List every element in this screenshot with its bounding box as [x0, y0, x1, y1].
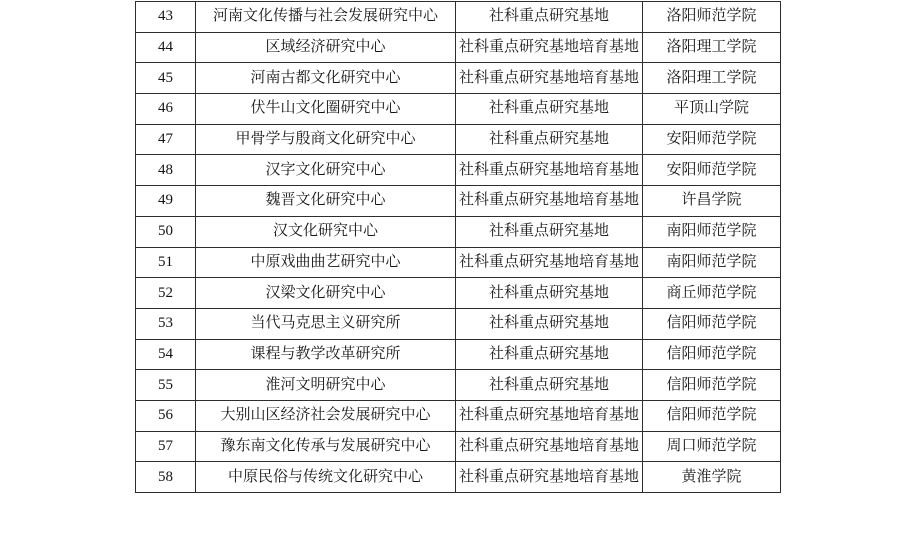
center-name-cell: 魏晋文化研究中心: [196, 186, 456, 217]
base-type-cell: 社科重点研究基地培育基地: [456, 400, 643, 431]
institution-cell: 平顶山学院: [643, 94, 781, 125]
row-number-cell: 53: [136, 308, 196, 339]
center-name-cell: 汉梁文化研究中心: [196, 278, 456, 309]
institution-cell: 信阳师范学院: [643, 370, 781, 401]
base-type-cell: 社科重点研究基地: [456, 216, 643, 247]
institution-cell: 许昌学院: [643, 186, 781, 217]
base-type-cell: 社科重点研究基地: [456, 2, 643, 33]
row-number-cell: 47: [136, 124, 196, 155]
row-number-cell: 46: [136, 94, 196, 125]
base-type-cell: 社科重点研究基地: [456, 278, 643, 309]
table-row: 47甲骨学与殷商文化研究中心社科重点研究基地安阳师范学院: [136, 124, 781, 155]
table-row: 50汉文化研究中心社科重点研究基地南阳师范学院: [136, 216, 781, 247]
center-name-cell: 中原戏曲曲艺研究中心: [196, 247, 456, 278]
base-type-cell: 社科重点研究基地: [456, 339, 643, 370]
row-number-cell: 52: [136, 278, 196, 309]
center-name-cell: 伏牛山文化圈研究中心: [196, 94, 456, 125]
institution-cell: 洛阳师范学院: [643, 2, 781, 33]
table-row: 58中原民俗与传统文化研究中心社科重点研究基地培育基地黄淮学院: [136, 462, 781, 493]
base-type-cell: 社科重点研究基地培育基地: [456, 431, 643, 462]
center-name-cell: 河南古都文化研究中心: [196, 63, 456, 94]
table-row: 56大别山区经济社会发展研究中心社科重点研究基地培育基地信阳师范学院: [136, 400, 781, 431]
base-type-cell: 社科重点研究基地培育基地: [456, 462, 643, 493]
row-number-cell: 56: [136, 400, 196, 431]
base-type-cell: 社科重点研究基地: [456, 370, 643, 401]
base-type-cell: 社科重点研究基地培育基地: [456, 247, 643, 278]
institution-cell: 周口师范学院: [643, 431, 781, 462]
table-row: 48汉字文化研究中心社科重点研究基地培育基地安阳师范学院: [136, 155, 781, 186]
institution-cell: 洛阳理工学院: [643, 32, 781, 63]
table-row: 49魏晋文化研究中心社科重点研究基地培育基地许昌学院: [136, 186, 781, 217]
center-name-cell: 汉文化研究中心: [196, 216, 456, 247]
table-row: 46伏牛山文化圈研究中心社科重点研究基地平顶山学院: [136, 94, 781, 125]
center-name-cell: 河南文化传播与社会发展研究中心: [196, 2, 456, 33]
row-number-cell: 55: [136, 370, 196, 401]
institution-cell: 安阳师范学院: [643, 155, 781, 186]
center-name-cell: 当代马克思主义研究所: [196, 308, 456, 339]
institution-cell: 南阳师范学院: [643, 216, 781, 247]
table-row: 55淮河文明研究中心社科重点研究基地信阳师范学院: [136, 370, 781, 401]
table-row: 54课程与教学改革研究所社科重点研究基地信阳师范学院: [136, 339, 781, 370]
institution-cell: 信阳师范学院: [643, 339, 781, 370]
row-number-cell: 58: [136, 462, 196, 493]
institution-cell: 信阳师范学院: [643, 308, 781, 339]
table-row: 44区域经济研究中心社科重点研究基地培育基地洛阳理工学院: [136, 32, 781, 63]
center-name-cell: 汉字文化研究中心: [196, 155, 456, 186]
row-number-cell: 57: [136, 431, 196, 462]
institution-cell: 信阳师范学院: [643, 400, 781, 431]
center-name-cell: 课程与教学改革研究所: [196, 339, 456, 370]
base-type-cell: 社科重点研究基地培育基地: [456, 186, 643, 217]
row-number-cell: 44: [136, 32, 196, 63]
center-name-cell: 甲骨学与殷商文化研究中心: [196, 124, 456, 155]
row-number-cell: 45: [136, 63, 196, 94]
research-bases-table: 43河南文化传播与社会发展研究中心社科重点研究基地洛阳师范学院44区域经济研究中…: [135, 1, 781, 493]
table-row: 52汉梁文化研究中心社科重点研究基地商丘师范学院: [136, 278, 781, 309]
row-number-cell: 43: [136, 2, 196, 33]
center-name-cell: 大别山区经济社会发展研究中心: [196, 400, 456, 431]
row-number-cell: 49: [136, 186, 196, 217]
institution-cell: 黄淮学院: [643, 462, 781, 493]
institution-cell: 南阳师范学院: [643, 247, 781, 278]
base-type-cell: 社科重点研究基地: [456, 124, 643, 155]
base-type-cell: 社科重点研究基地培育基地: [456, 32, 643, 63]
row-number-cell: 54: [136, 339, 196, 370]
base-type-cell: 社科重点研究基地: [456, 308, 643, 339]
row-number-cell: 48: [136, 155, 196, 186]
center-name-cell: 中原民俗与传统文化研究中心: [196, 462, 456, 493]
base-type-cell: 社科重点研究基地: [456, 94, 643, 125]
center-name-cell: 淮河文明研究中心: [196, 370, 456, 401]
row-number-cell: 50: [136, 216, 196, 247]
base-type-cell: 社科重点研究基地培育基地: [456, 155, 643, 186]
institution-cell: 商丘师范学院: [643, 278, 781, 309]
base-type-cell: 社科重点研究基地培育基地: [456, 63, 643, 94]
center-name-cell: 区域经济研究中心: [196, 32, 456, 63]
center-name-cell: 豫东南文化传承与发展研究中心: [196, 431, 456, 462]
table-row: 45河南古都文化研究中心社科重点研究基地培育基地洛阳理工学院: [136, 63, 781, 94]
research-table-body: 43河南文化传播与社会发展研究中心社科重点研究基地洛阳师范学院44区域经济研究中…: [136, 2, 781, 493]
row-number-cell: 51: [136, 247, 196, 278]
table-row: 51中原戏曲曲艺研究中心社科重点研究基地培育基地南阳师范学院: [136, 247, 781, 278]
table-row: 57豫东南文化传承与发展研究中心社科重点研究基地培育基地周口师范学院: [136, 431, 781, 462]
table-row: 43河南文化传播与社会发展研究中心社科重点研究基地洛阳师范学院: [136, 2, 781, 33]
institution-cell: 安阳师范学院: [643, 124, 781, 155]
institution-cell: 洛阳理工学院: [643, 63, 781, 94]
table-row: 53当代马克思主义研究所社科重点研究基地信阳师范学院: [136, 308, 781, 339]
